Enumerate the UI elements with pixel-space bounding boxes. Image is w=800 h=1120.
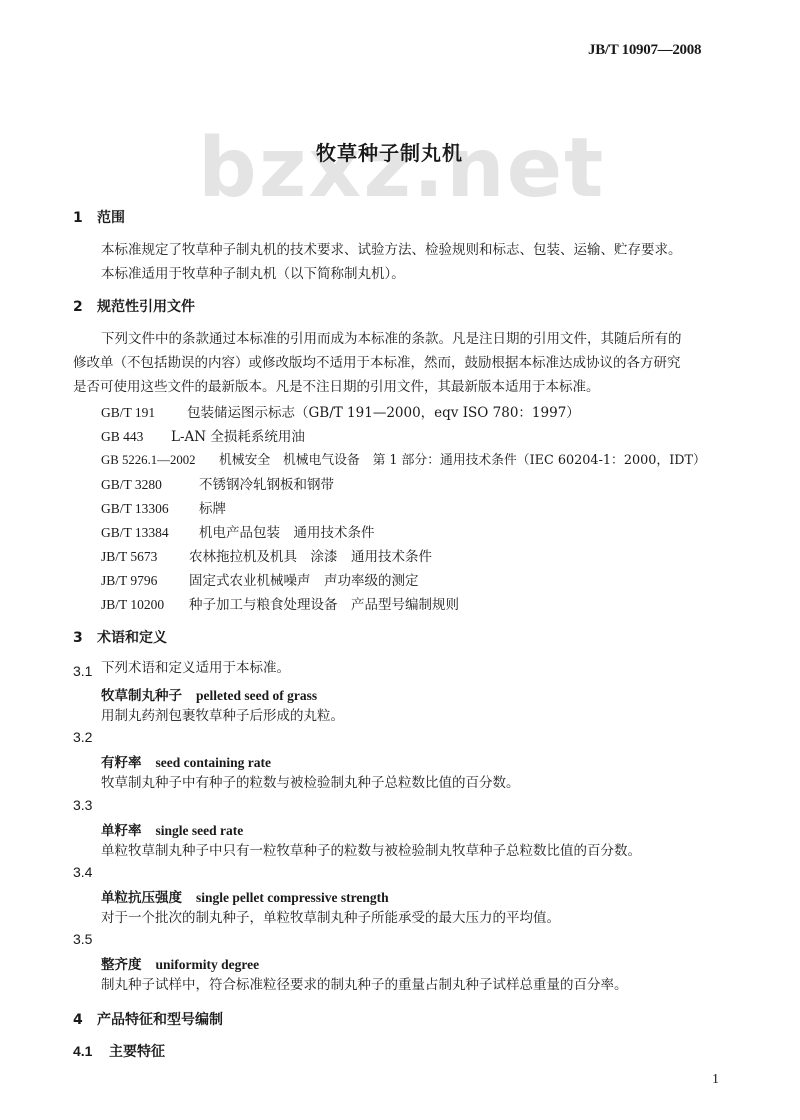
reference-item: GB/T 191包装储运图示标志（GB/T 191—2000，eqv ISO 7… (101, 401, 580, 421)
reference-code: GB 5226.1—2002 (101, 453, 219, 468)
document-title: 牧草种子制丸机 (316, 137, 463, 166)
standard-code: JB/T 10907—2008 (588, 42, 701, 59)
reference-title: 固定式农业机械噪声 声功率级的测定 (189, 573, 419, 589)
section-number: 1 (73, 210, 97, 226)
paragraph: 下列术语和定义适用于本标准。 (101, 656, 290, 680)
subsection-title: 主要特征 (109, 1044, 165, 1060)
term-definition: 制丸种子试样中，符合标准粒径要求的制丸种子的重量占制丸种子试样总重量的百分率。 (101, 973, 628, 997)
reference-item: GB/T 13306标牌 (101, 497, 226, 517)
reference-title: 种子加工与粮食处理设备 产品型号编制规则 (189, 597, 459, 613)
section-title: 范围 (97, 210, 125, 226)
reference-code: GB/T 13306 (101, 501, 199, 517)
reference-code: JB/T 9796 (101, 573, 189, 589)
term-zh: 有籽率 (101, 755, 142, 771)
reference-title: 标牌 (199, 501, 226, 517)
term-name: 有籽率seed containing rate (101, 751, 271, 771)
section-title: 规范性引用文件 (97, 299, 195, 315)
reference-title: L-AN 全损耗系统用油 (171, 429, 305, 445)
term-definition: 单粒牧草制丸种子中只有一粒牧草种子的粒数与被检验制丸牧草种子总粒数比值的百分数。 (101, 839, 641, 863)
term-zh: 整齐度 (101, 957, 142, 973)
section-number: 2 (73, 299, 97, 315)
section-title: 产品特征和型号编制 (97, 1012, 223, 1028)
page-number: 1 (712, 1072, 719, 1088)
paragraph: 是否可使用这些文件的最新版本。凡是不注日期的引用文件，其最新版本适用于本标准。 (73, 375, 600, 399)
term-number: 3.3 (73, 797, 92, 813)
reference-title: 农林拖拉机及机具 涂漆 通用技术条件 (189, 549, 432, 565)
reference-code: JB/T 5673 (101, 549, 189, 565)
reference-code: GB 443 (101, 429, 171, 445)
section-2-heading: 2规范性引用文件 (73, 296, 195, 316)
term-number: 3.5 (73, 931, 92, 947)
term-number: 3.4 (73, 864, 92, 880)
term-name: 单籽率single seed rate (101, 819, 243, 839)
term-zh: 单籽率 (101, 823, 142, 839)
reference-title: 不锈钢冷轧钢板和钢带 (199, 477, 334, 493)
reference-item: GB 443L-AN 全损耗系统用油 (101, 425, 305, 445)
subsection-4-1-heading: 4.1主要特征 (73, 1041, 165, 1061)
reference-title: 机械安全 机械电气设备 第 1 部分：通用技术条件（IEC 60204-1：20… (219, 453, 706, 468)
reference-title: 包装储运图示标志（GB/T 191—2000，eqv ISO 780：1997） (187, 405, 580, 421)
paragraph: 本标准规定了牧草种子制丸机的技术要求、试验方法、检验规则和标志、包装、运输、贮存… (101, 238, 682, 262)
section-1-heading: 1范围 (73, 207, 125, 227)
reference-code: GB/T 191 (101, 405, 187, 421)
reference-item: GB 5226.1—2002机械安全 机械电气设备 第 1 部分：通用技术条件（… (101, 449, 706, 468)
section-title: 术语和定义 (97, 630, 167, 646)
reference-item: JB/T 5673农林拖拉机及机具 涂漆 通用技术条件 (101, 545, 432, 565)
reference-item: JB/T 9796固定式农业机械噪声 声功率级的测定 (101, 569, 419, 589)
reference-code: GB/T 13384 (101, 525, 199, 541)
term-definition: 牧草制丸种子中有种子的粒数与被检验制丸种子总粒数比值的百分数。 (101, 771, 520, 795)
paragraph: 修改单（不包括勘误的内容）或修改版均不适用于本标准，然而，鼓励根据本标准达成协议… (73, 351, 681, 375)
paragraph: 下列文件中的条款通过本标准的引用而成为本标准的条款。凡是注日期的引用文件，其随后… (101, 327, 682, 351)
term-name: 牧草制丸种子pelleted seed of grass (101, 684, 317, 704)
term-en: single seed rate (156, 823, 244, 838)
reference-item: JB/T 10200种子加工与粮食处理设备 产品型号编制规则 (101, 593, 459, 613)
term-definition: 用制丸药剂包裹牧草种子后形成的丸粒。 (101, 704, 344, 728)
reference-code: JB/T 10200 (101, 597, 189, 613)
reference-item: GB/T 3280不锈钢冷轧钢板和钢带 (101, 473, 334, 493)
section-4-heading: 4产品特征和型号编制 (73, 1009, 223, 1029)
term-number: 3.2 (73, 729, 92, 745)
term-en: uniformity degree (156, 957, 260, 972)
term-en: pelleted seed of grass (196, 688, 317, 703)
reference-title: 机电产品包装 通用技术条件 (199, 525, 375, 541)
term-en: single pellet compressive strength (196, 890, 389, 905)
term-zh: 牧草制丸种子 (101, 688, 182, 704)
term-definition: 对于一个批次的制丸种子，单粒牧草制丸种子所能承受的最大压力的平均值。 (101, 906, 560, 930)
reference-item: GB/T 13384机电产品包装 通用技术条件 (101, 521, 375, 541)
section-number: 4 (73, 1012, 97, 1028)
reference-code: GB/T 3280 (101, 477, 199, 493)
term-en: seed containing rate (156, 755, 272, 770)
subsection-number: 4.1 (73, 1043, 109, 1059)
section-number: 3 (73, 630, 97, 646)
section-3-heading: 3术语和定义 (73, 627, 167, 647)
term-name: 整齐度uniformity degree (101, 953, 259, 973)
paragraph: 本标准适用于牧草种子制丸机（以下简称制丸机）。 (101, 262, 405, 286)
term-zh: 单粒抗压强度 (101, 890, 182, 906)
term-name: 单粒抗压强度single pellet compressive strength (101, 886, 389, 906)
term-number: 3.1 (73, 663, 92, 679)
